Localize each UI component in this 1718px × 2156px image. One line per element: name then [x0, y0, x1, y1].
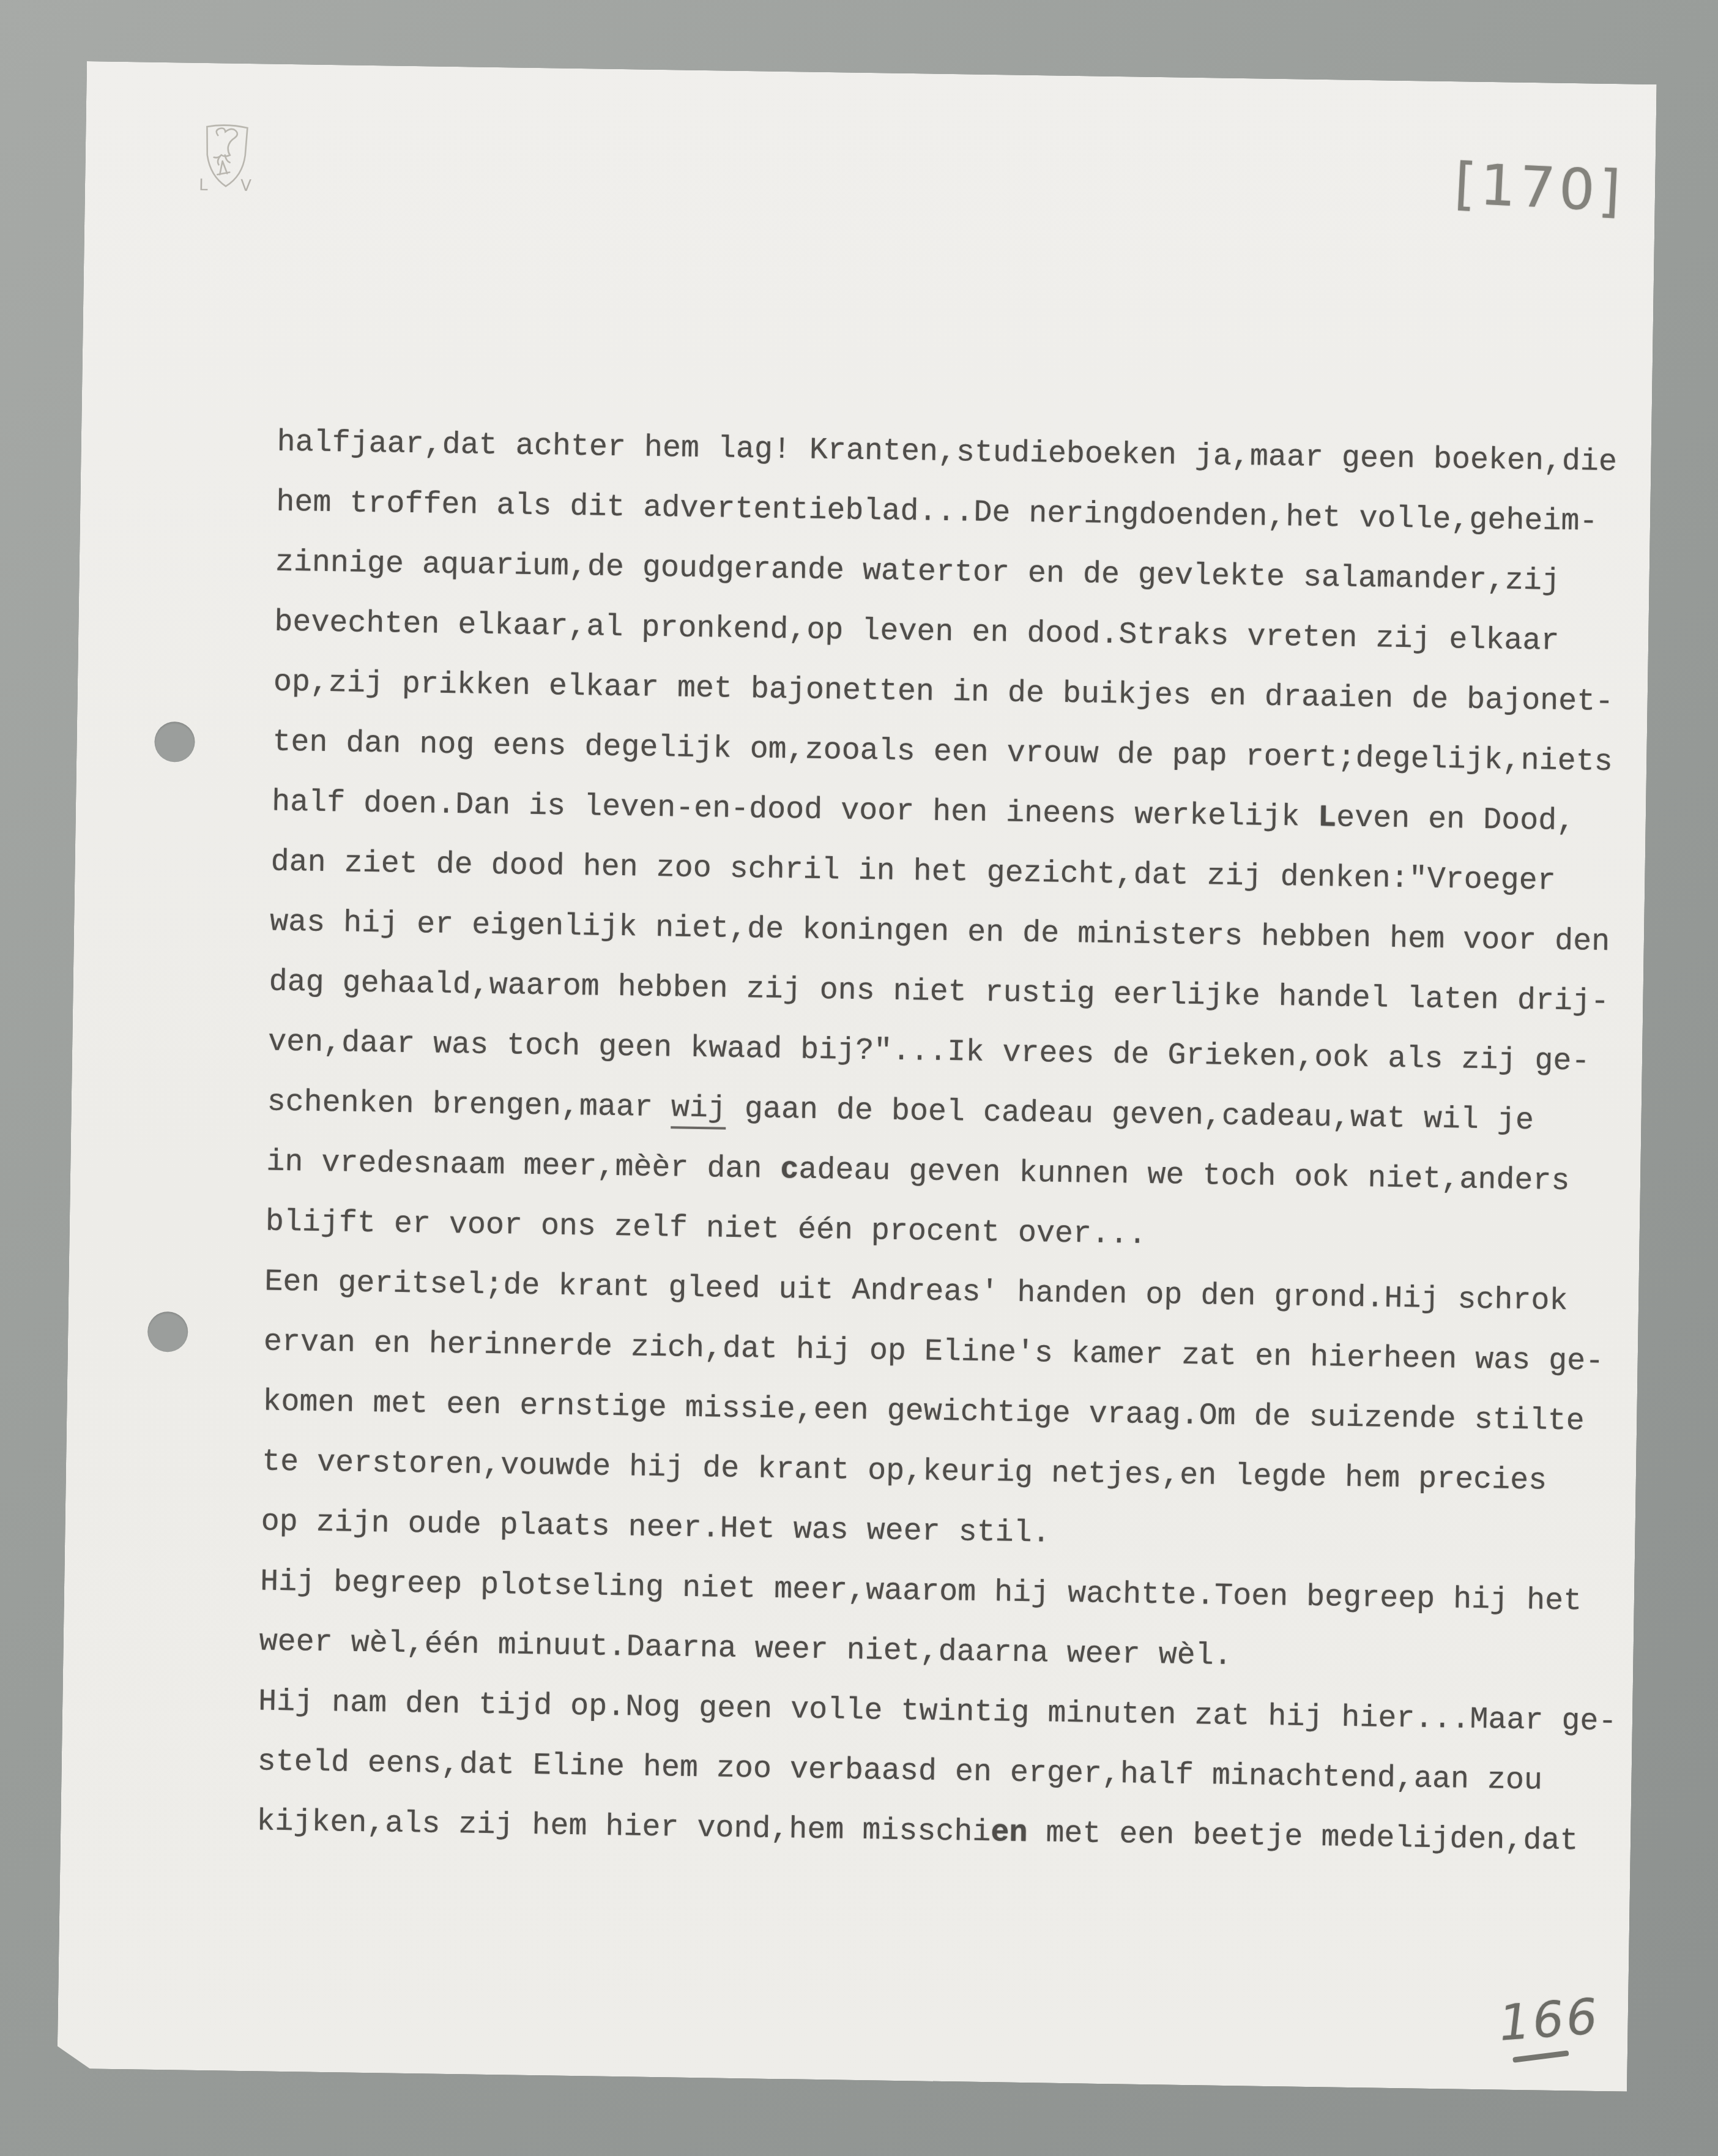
typed-segment: Hij begreep plotseling niet meer,waarom … — [260, 1564, 1582, 1619]
typed-segment: dan ziet de dood hen zoo schril in het g… — [270, 845, 1556, 899]
pencil-folio-top: [170] — [1453, 151, 1626, 225]
typed-segment: half doen.Dan is leven-en-dood voor hen … — [272, 785, 1318, 835]
pencil-folio-bottom: 166 — [1497, 1988, 1602, 2062]
typed-segment: ervan en herinnerde zich,dat hij op Elin… — [264, 1325, 1604, 1379]
typed-segment: was hij er eigenlijk niet,de koningen en… — [270, 905, 1610, 960]
typewritten-text: halfjaar,dat achter hem lag! Kranten,stu… — [256, 413, 1660, 1873]
typed-segment: ten dan nog eens degelijk om,zooals een … — [272, 725, 1613, 780]
typed-segment: adeau geven kunnen we toch ook niet,ande… — [798, 1152, 1570, 1199]
typed-segment: met een beetje medelijden,dat — [1027, 1816, 1579, 1859]
typed-segment: hem troffen als dit advertentieblad...De… — [276, 485, 1598, 540]
manuscript-page: L V [170] halfjaar,dat achter hem lag! K… — [57, 61, 1656, 2092]
punch-hole-top — [154, 722, 195, 763]
typed-segment: op,zij prikken elkaar met bajonetten in … — [273, 665, 1614, 720]
coat-of-arms-stamp-icon: L V — [198, 122, 255, 195]
stamp-letter-right: V — [240, 177, 251, 195]
typed-segment: dag gehaald,waarom hebben zij ons niet r… — [269, 965, 1609, 1020]
stamp-letter-left: L — [199, 176, 208, 195]
typed-segment: kijken,als zij hem hier vond,hem misschi — [256, 1804, 991, 1850]
typed-segment: zinnige aquarium,de goudgerande watertor… — [275, 545, 1560, 599]
typed-segment: Hij nam den tijd op.Nog geen volle twint… — [258, 1684, 1617, 1739]
typed-segment: bevechten elkaar,al pronkend,op leven en… — [274, 605, 1560, 659]
typed-segment: weer wèl,één minuut.Daarna weer niet,daa… — [259, 1624, 1232, 1674]
typed-segment: en — [991, 1815, 1028, 1851]
pencil-folio-bottom-number: 166 — [1497, 1988, 1602, 2052]
typed-segment: te verstoren,vouwde hij de krant op,keur… — [262, 1444, 1547, 1498]
typed-segment: op zijn oude plaats neer.Het was weer st… — [261, 1504, 1051, 1551]
typed-segment: komen met een ernstige missie,een gewich… — [262, 1385, 1585, 1439]
typed-segment: schenken brengen,maar — [267, 1085, 671, 1126]
typed-segment: wij — [671, 1091, 726, 1129]
typed-segment: steld eens,dat Eline hem zoo verbaasd en… — [257, 1744, 1542, 1798]
scan-background: { "annotations": { "top_right_folio": "[… — [0, 0, 1718, 2156]
typed-segment: in vredesnaam meer,mèèr dan — [266, 1145, 781, 1187]
typed-segment: L — [1318, 800, 1337, 835]
typed-segment: ven,daar was toch geen kwaad bij?"...Ik … — [268, 1025, 1590, 1080]
typed-segment: halfjaar,dat achter hem lag! Kranten,stu… — [277, 425, 1617, 480]
typed-segment: Een geritsel;de krant gleed uit Andreas'… — [264, 1265, 1568, 1319]
typed-segment: even en Dood, — [1336, 800, 1575, 839]
punch-hole-bottom — [147, 1311, 188, 1352]
typed-segment: gaan de boel cadeau geven,cadeau,wat wil… — [726, 1092, 1534, 1139]
folio-underline — [1512, 2050, 1569, 2062]
typed-segment: c — [780, 1152, 799, 1187]
typed-segment: blijft er voor ons zelf niet één procent… — [265, 1205, 1147, 1253]
